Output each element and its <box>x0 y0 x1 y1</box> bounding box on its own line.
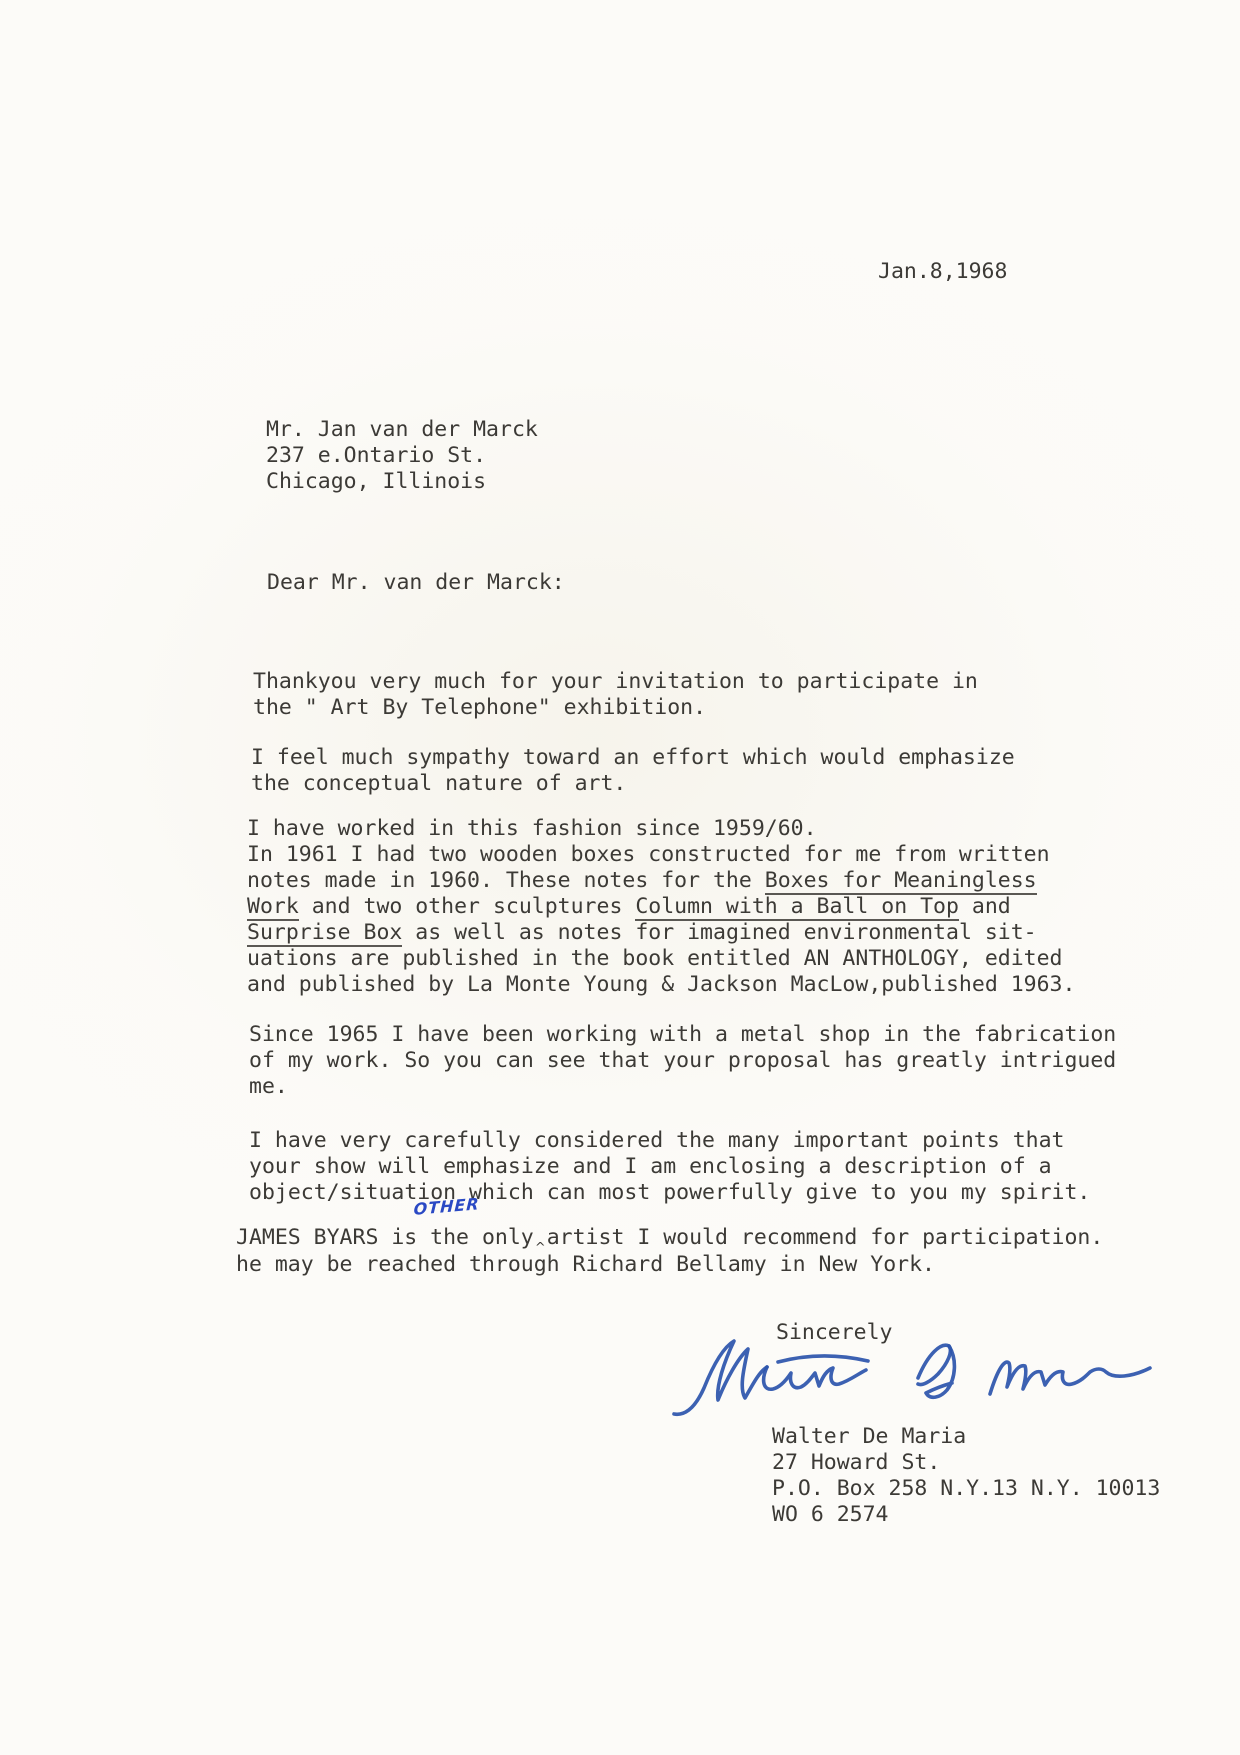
paragraph-2: I feel much sympathy toward an effort wh… <box>251 745 1015 797</box>
sender-typed-name: Walter De Maria <box>772 1424 1160 1450</box>
letter-date: Jan.8,1968 <box>878 259 1007 285</box>
letter-line: your show will emphasize and I am enclos… <box>249 1154 1090 1180</box>
paragraph-6: JAMES BYARS is the only^artist I would r… <box>236 1225 1103 1278</box>
letter-line: of my work. So you can see that your pro… <box>249 1048 1116 1074</box>
letter-line: JAMES BYARS is the only^artist I would r… <box>236 1225 1103 1252</box>
paragraph-3: I have worked in this fashion since 1959… <box>247 816 1075 998</box>
underlined-title-column-with-a-ball-on-top: Column with a Ball on Top <box>635 894 959 921</box>
paragraph-4: Since 1965 I have been working with a me… <box>249 1022 1116 1100</box>
text-run: notes made in 1960. These notes for the <box>247 868 765 893</box>
letter-page: Jan.8,1968 Mr. Jan van der Marck 237 e.O… <box>0 0 1240 1755</box>
paragraph-1: Thankyou very much for your invitation t… <box>253 669 978 721</box>
letter-line: Since 1965 I have been working with a me… <box>249 1022 1116 1048</box>
letter-line: the " Art By Telephone" exhibition. <box>253 695 978 721</box>
paragraph-5: I have very carefully considered the man… <box>249 1128 1090 1206</box>
letter-line: the conceptual nature of art. <box>251 771 1015 797</box>
letter-line: notes made in 1960. These notes for the … <box>247 868 1075 894</box>
text-run: and <box>959 894 1011 919</box>
recipient-street: 237 e.Ontario St. <box>266 443 538 469</box>
signature-block: Walter De Maria 27 Howard St. P.O. Box 2… <box>772 1424 1160 1528</box>
letter-line: uations are published in the book entitl… <box>247 946 1075 972</box>
letter-line: In 1961 I had two wooden boxes construct… <box>247 842 1075 868</box>
recipient-address-block: Mr. Jan van der Marck 237 e.Ontario St. … <box>266 417 538 495</box>
insertion-caret: ^ <box>534 1237 547 1258</box>
handwritten-insertion-other: OTHER <box>413 1191 480 1223</box>
letter-line: and published by La Monte Young & Jackso… <box>247 972 1075 998</box>
underlined-title-boxes-for-meaningless-work: Work <box>247 894 299 921</box>
letter-line: Thankyou very much for your invitation t… <box>253 669 978 695</box>
sender-street: 27 Howard St. <box>772 1450 1160 1476</box>
text-run: as well as notes for imagined environmen… <box>402 920 1036 945</box>
recipient-city: Chicago, Illinois <box>266 469 538 495</box>
text-run: artist I would recommend for participati… <box>547 1225 1104 1250</box>
recipient-name: Mr. Jan van der Marck <box>266 417 538 443</box>
text-run: JAMES BYARS is the only <box>236 1225 534 1250</box>
letter-line: I feel much sympathy toward an effort wh… <box>251 745 1015 771</box>
letter-line: I have very carefully considered the man… <box>249 1128 1090 1154</box>
letter-line: object/situation which can most powerful… <box>249 1180 1090 1206</box>
letter-line: me. <box>249 1074 1116 1100</box>
text-run: and two other sculptures <box>299 894 636 919</box>
handwritten-signature-walter-de-maria <box>660 1332 1160 1424</box>
letter-line: he may be reached through Richard Bellam… <box>236 1252 1103 1278</box>
letter-line: Work and two other sculptures Column wit… <box>247 894 1075 920</box>
salutation: Dear Mr. van der Marck: <box>267 570 565 596</box>
sender-po-box: P.O. Box 258 N.Y.13 N.Y. 10013 <box>772 1476 1160 1502</box>
underlined-title-surprise-box: Surprise Box <box>247 920 402 947</box>
letter-line: I have worked in this fashion since 1959… <box>247 816 1075 842</box>
underlined-title-boxes-for-meaningless-work: Boxes for Meaningless <box>765 868 1037 895</box>
sender-phone: WO 6 2574 <box>772 1502 1160 1528</box>
letter-line: Surprise Box as well as notes for imagin… <box>247 920 1075 946</box>
